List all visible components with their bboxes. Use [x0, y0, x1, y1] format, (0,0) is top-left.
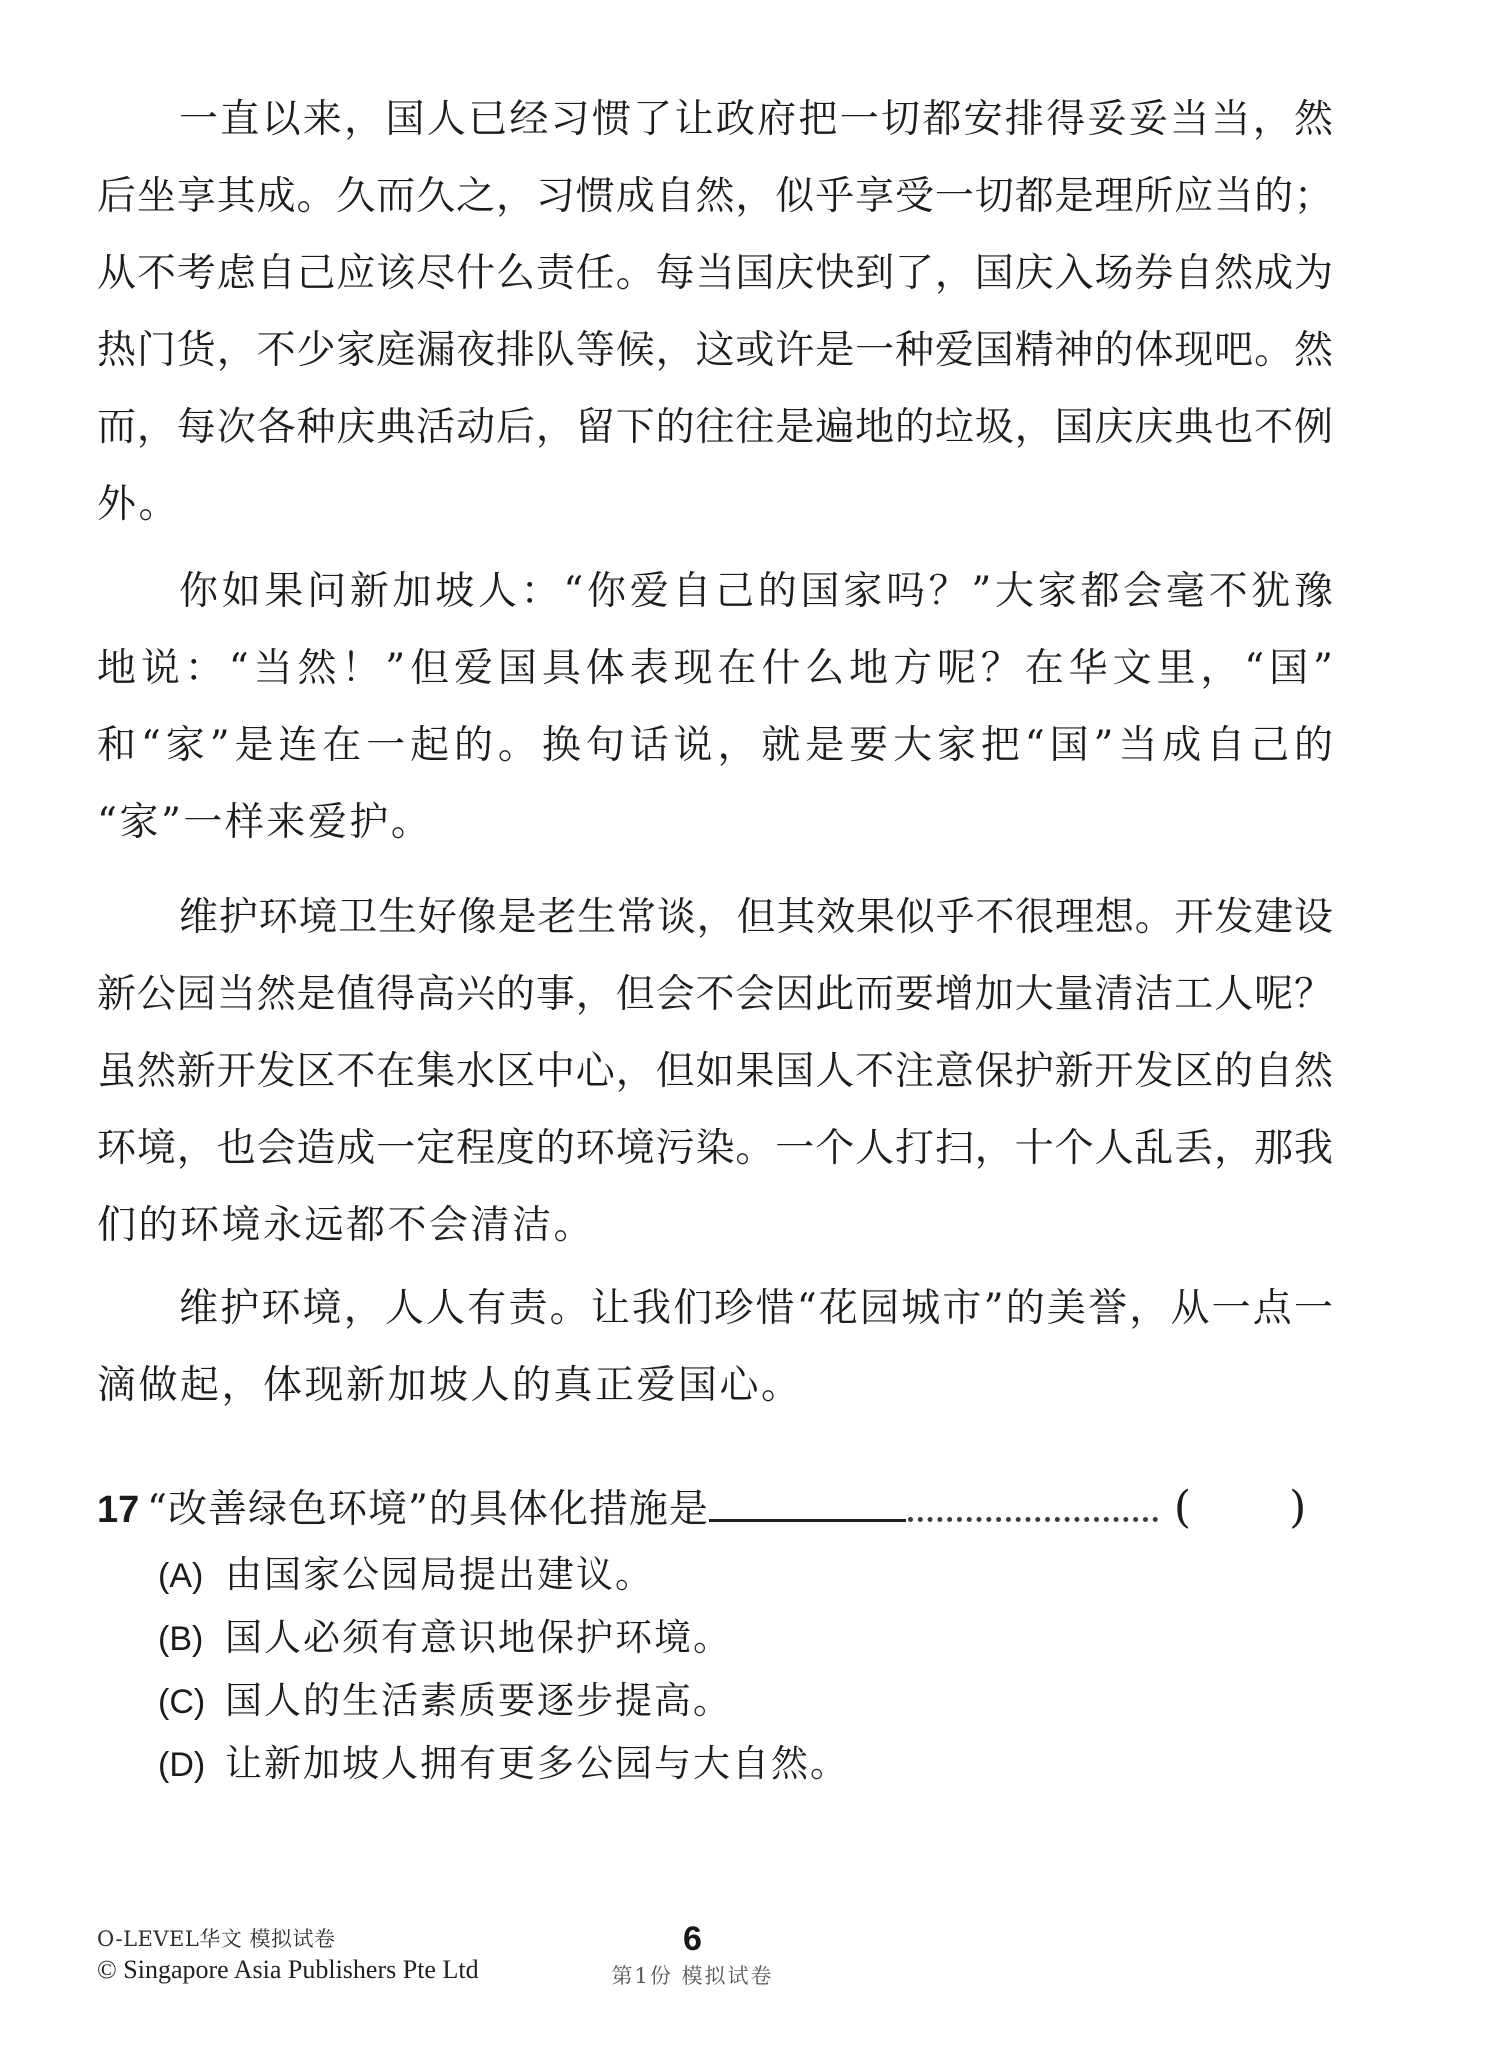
text-line: 一直以来，国人已经习惯了让政府把一切都安排得妥妥当当，然 — [97, 81, 1333, 158]
dotted-leader — [908, 1517, 1158, 1522]
page-number: 6 — [560, 1922, 825, 1956]
option-text: 国人必须有意识地保护环境。 — [225, 1607, 732, 1661]
footer-copyright: © Singapore Asia Publishers Pte Ltd — [97, 1954, 479, 1987]
exam-page: 一直以来，国人已经习惯了让政府把一切都安排得妥妥当当，然 后坐享其成。久而久之，… — [0, 0, 1501, 2051]
text-line: 维护环境卫生好像是老生常谈，但其效果似乎不很理想。开发建设 — [97, 879, 1333, 956]
answer-paren-open: ( — [1174, 1482, 1191, 1533]
question-text: “改善绿色环境”的具体化措施是 — [147, 1478, 709, 1534]
question-stem-row: 17 “改善绿色环境”的具体化措施是 ( ) — [97, 1478, 1387, 1538]
option-row-d: (D) 让新加坡人拥有更多公园与大自然。 — [97, 1733, 1387, 1796]
text-line: 热门货，不少家庭漏夜排队等候，这或许是一种爱国精神的体现吧。然 — [97, 312, 1333, 389]
footer-series-title: O-LEVEL华文 模拟试卷 — [97, 1926, 479, 1952]
footer-pagination: 6 第1份 模拟试卷 — [560, 1922, 825, 1990]
option-label: (C) — [158, 1683, 225, 1722]
text-line: 后坐享其成。久而久之，习惯成自然，似乎享受一切都是理所应当的； — [97, 158, 1333, 235]
answer-paren-close: ) — [1289, 1482, 1306, 1533]
option-label: (D) — [158, 1746, 225, 1785]
option-text: 国人的生活素质要逐步提高。 — [225, 1670, 732, 1724]
footer-publisher: O-LEVEL华文 模拟试卷 © Singapore Asia Publishe… — [97, 1926, 479, 1987]
text-line: 环境，也会造成一定程度的环境污染。一个人打扫，十个人乱丢，那我 — [97, 1110, 1333, 1187]
paragraph-4: 维护环境，人人有责。让我们珍惜“花园城市”的美誉，从一点一 滴做起，体现新加坡人… — [97, 1270, 1333, 1424]
option-row-b: (B) 国人必须有意识地保护环境。 — [97, 1607, 1387, 1670]
option-text: 让新加坡人拥有更多公园与大自然。 — [225, 1733, 849, 1787]
option-text: 由国家公园局提出建议。 — [225, 1544, 654, 1598]
text-line: 从不考虑自己应该尽什么责任。每当国庆快到了，国庆入场券自然成为 — [97, 235, 1333, 312]
text-line: 地说：“当然！”但爱国具体表现在什么地方呢？在华文里，“国” — [97, 630, 1333, 707]
text-line: 滴做起，体现新加坡人的真正爱国心。 — [97, 1347, 1333, 1424]
paragraph-2: 你如果问新加坡人：“你爱自己的国家吗？”大家都会毫不犹豫 地说：“当然！”但爱国… — [97, 553, 1333, 861]
text-line: 维护环境，人人有责。让我们珍惜“花园城市”的美誉，从一点一 — [97, 1270, 1333, 1347]
option-row-c: (C) 国人的生活素质要逐步提高。 — [97, 1670, 1387, 1733]
options-list: (A) 由国家公园局提出建议。 (B) 国人必须有意识地保护环境。 (C) 国人… — [97, 1544, 1387, 1796]
text-line: 们的环境永远都不会清洁。 — [97, 1187, 1333, 1264]
text-line: 新公园当然是值得高兴的事，但会不会因此而要增加大量清洁工人呢？ — [97, 956, 1333, 1033]
text-line: 和“家”是连在一起的。换句话说，就是要大家把“国”当成自己的 — [97, 707, 1333, 784]
text-line: 你如果问新加坡人：“你爱自己的国家吗？”大家都会毫不犹豫 — [97, 553, 1333, 630]
text-line: 外。 — [97, 466, 1333, 543]
text-line: 虽然新开发区不在集水区中心，但如果国人不注意保护新开发区的自然 — [97, 1033, 1333, 1110]
paragraph-3: 维护环境卫生好像是老生常谈，但其效果似乎不很理想。开发建设 新公园当然是值得高兴… — [97, 879, 1333, 1264]
answer-blank-line — [709, 1519, 906, 1522]
paragraph-1: 一直以来，国人已经习惯了让政府把一切都安排得妥妥当当，然 后坐享其成。久而久之，… — [97, 81, 1333, 543]
text-line: “家”一样来爱护。 — [97, 784, 1333, 861]
question-17: 17 “改善绿色环境”的具体化措施是 ( ) (A) 由国家公园局提出建议。 (… — [97, 1478, 1387, 1796]
reading-passage: 一直以来，国人已经习惯了让政府把一切都安排得妥妥当当，然 后坐享其成。久而久之，… — [97, 81, 1333, 1424]
option-label: (A) — [158, 1557, 225, 1596]
text-line: 而，每次各种庆典活动后，留下的往往是遍地的垃圾，国庆庆典也不例 — [97, 389, 1333, 466]
option-row-a: (A) 由国家公园局提出建议。 — [97, 1544, 1387, 1607]
question-number: 17 — [97, 1489, 147, 1532]
option-label: (B) — [158, 1620, 225, 1659]
footer-section-label: 第1份 模拟试卷 — [560, 1960, 825, 1990]
